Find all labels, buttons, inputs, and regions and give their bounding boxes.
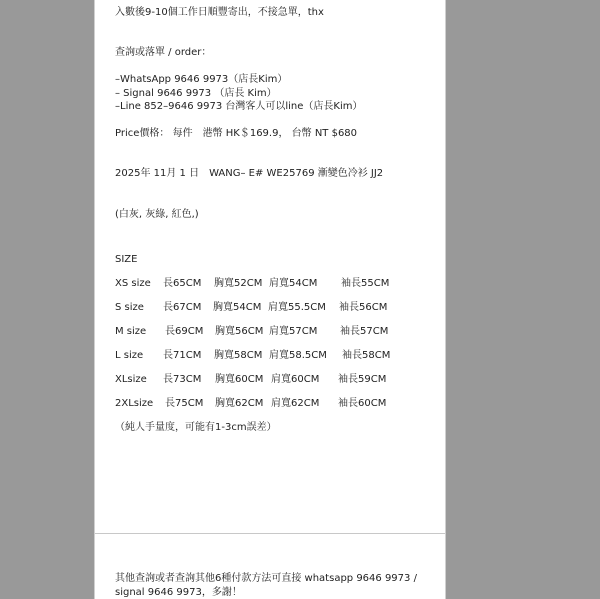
footer-contact-note: 其他查詢或者查詢其他6種付款方法可直接 whatsapp 9646 9973 /… [115, 572, 440, 599]
shipping-notice: 入數後9-10個工作日順豐寄出，不接急單，thx [115, 6, 324, 19]
size-sleeve: 袖長60CM [338, 397, 386, 410]
size-shoulder: 肩寬58.5CM [269, 349, 327, 362]
size-shoulder: 肩寬55.5CM [268, 301, 326, 314]
product-title: 2025年 11月 1 日 WANG– E# WE25769 漸變色冷衫 JJ2 [115, 167, 383, 180]
measurement-note: （純人手量度，可能有1-3cm誤差） [115, 421, 277, 434]
size-shoulder: 肩寬57CM [269, 325, 317, 338]
size-length: 長71CM [163, 349, 201, 362]
size-sleeve: 袖長58CM [342, 349, 390, 362]
price-info: Price價格： 每件 港幣 HK＄169.9， 台幣 NT $680 [115, 127, 357, 140]
size-shoulder: 肩寬62CM [271, 397, 319, 410]
size-length: 長69CM [165, 325, 203, 338]
size-chest: 胸寬56CM [215, 325, 263, 338]
size-chest: 胸寬58CM [214, 349, 262, 362]
size-length: 長75CM [165, 397, 203, 410]
size-heading: SIZE [115, 253, 137, 266]
size-label: XLsize [115, 373, 147, 386]
size-chest: 胸寬60CM [215, 373, 263, 386]
contact-line: –Line 852–9646 9973 台灣客人可以line（店長Kim） [115, 100, 363, 113]
size-label: XS size [115, 277, 151, 290]
order-heading: 查詢或落單 / order： [115, 46, 211, 59]
size-label: M size [115, 325, 146, 338]
size-chest: 胸寬62CM [215, 397, 263, 410]
size-sleeve: 袖長56CM [339, 301, 387, 314]
size-length: 長73CM [163, 373, 201, 386]
size-label: L size [115, 349, 143, 362]
size-sleeve: 袖長57CM [340, 325, 388, 338]
contact-signal: – Signal 9646 9973 （店長 Kim） [115, 87, 277, 100]
size-shoulder: 肩寬54CM [269, 277, 317, 290]
size-shoulder: 肩寬60CM [271, 373, 319, 386]
size-label: 2XLsize [115, 397, 153, 410]
size-length: 長67CM [163, 301, 201, 314]
size-chest: 胸寬52CM [214, 277, 262, 290]
section-divider [95, 533, 445, 534]
contact-whatsapp: –WhatsApp 9646 9973（店長Kim） [115, 73, 287, 86]
size-sleeve: 袖長55CM [341, 277, 389, 290]
size-label: S size [115, 301, 144, 314]
size-length: 長65CM [163, 277, 201, 290]
color-options: (白灰, 灰綠, 紅色,) [115, 208, 199, 221]
size-chest: 胸寬54CM [213, 301, 261, 314]
size-sleeve: 袖長59CM [338, 373, 386, 386]
document-page: 入數後9-10個工作日順豐寄出，不接急單，thx 查詢或落單 / order： … [94, 0, 446, 599]
